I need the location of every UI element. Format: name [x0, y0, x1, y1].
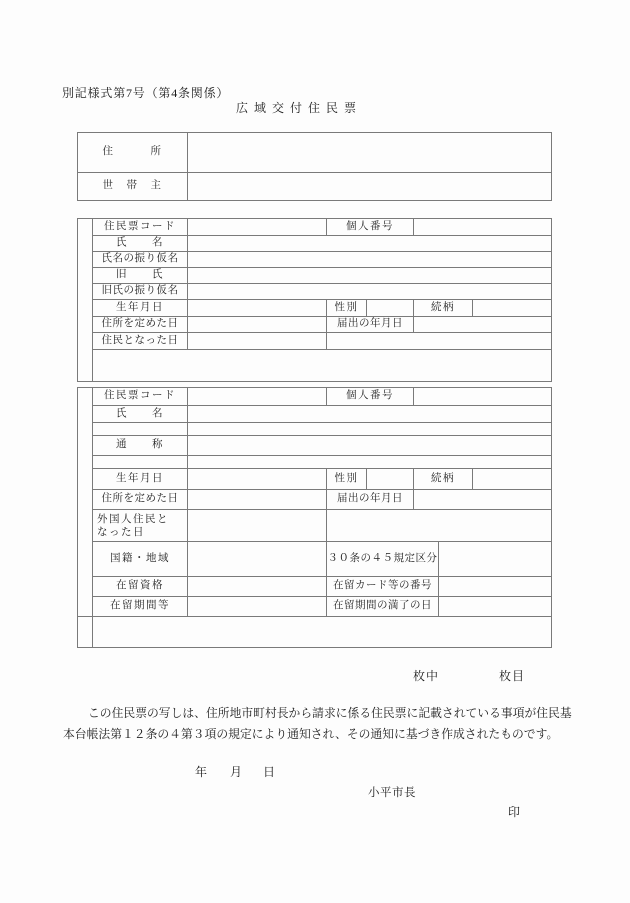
- table-row: 住民となった日: [78, 333, 552, 350]
- resident-section-2: 住民票コード 個人番号 氏 名 通 称 生年月日 性別 続柄: [77, 387, 552, 648]
- s2-relationship-label: 続柄: [414, 469, 473, 490]
- date-day-label: 日: [263, 765, 275, 779]
- s1-personal-number-value: [414, 219, 552, 236]
- table-row: 住民票コード 個人番号: [78, 219, 552, 236]
- s1-sex-value: [367, 300, 414, 317]
- s2-margin-cell: [78, 388, 93, 617]
- address-value-cell: [188, 133, 552, 173]
- address-table: 住 所 世 帯 主: [77, 132, 552, 201]
- page-title: 広域交付住民票: [236, 99, 362, 116]
- s1-name-furigana-value: [188, 252, 552, 268]
- s2-residence-card-number-value: [439, 577, 552, 597]
- table-row: 世 帯 主: [78, 173, 552, 201]
- s1-resident-date-label: 住民となった日: [93, 333, 188, 350]
- table-row: 在留資格 在留カード等の番号: [78, 577, 552, 597]
- s2-foreign-resident-date-value: [188, 510, 327, 542]
- s2-notification-date-label: 届出の年月日: [327, 490, 414, 510]
- resident-section-1: 住民票コード 個人番号 氏 名 氏名の振り仮名 旧 氏 旧氏の振り仮名 生年月日…: [77, 218, 552, 382]
- s1-remarks-cell: [93, 350, 552, 382]
- s1-name-label: 氏 名: [93, 236, 188, 252]
- sheet-counter: 枚中 枚目: [413, 667, 525, 684]
- notice-text-line2: 本台帳法第１２条の４第３項の規定により通知され、その通知に基づき作成されたもので…: [63, 725, 558, 742]
- s2-relationship-value: [473, 469, 552, 490]
- seal-mark: 印: [508, 803, 520, 820]
- date-month-label: 月: [230, 765, 242, 779]
- s1-name-furigana-label: 氏名の振り仮名: [93, 252, 188, 268]
- s2-remarks-cell: [93, 617, 552, 648]
- table-row: 住 所: [78, 133, 552, 173]
- form-number: 別記様式第7号（第4条関係）: [62, 84, 229, 101]
- s2-empty-cell: [327, 510, 552, 542]
- s1-notification-date-value: [414, 317, 552, 333]
- s1-resident-code-value: [188, 219, 327, 236]
- s2-foreign-resident-date-label-line2: なった日: [97, 526, 187, 539]
- table-row: 在留期間等 在留期間の満了の日: [78, 597, 552, 617]
- s2-name-value: [188, 406, 552, 423]
- date-year-label: 年: [195, 765, 207, 779]
- s2-residence-period-label: 在留期間等: [93, 597, 188, 617]
- s2-residence-expiry-label: 在留期間の満了の日: [327, 597, 439, 617]
- householder-label-cell: 世 帯 主: [78, 173, 188, 201]
- s1-name-value: [188, 236, 552, 252]
- s2-personal-number-label: 個人番号: [327, 388, 414, 406]
- s2-foreign-resident-date-label: 外国人住民と なった日: [93, 510, 188, 542]
- s1-birth-date-label: 生年月日: [93, 300, 188, 317]
- s2-article3045-value: [439, 542, 552, 577]
- table-row: [78, 423, 552, 436]
- s2-residence-period-value: [188, 597, 327, 617]
- s2-alias-furigana-label: [93, 456, 188, 469]
- s1-former-name-label: 旧 氏: [93, 268, 188, 284]
- table-row: 外国人住民と なった日: [78, 510, 552, 542]
- householder-value-cell: [188, 173, 552, 201]
- table-row: [78, 350, 552, 382]
- s1-relationship-value: [473, 300, 552, 317]
- s1-personal-number-label: 個人番号: [327, 219, 414, 236]
- s1-margin-cell: [78, 219, 93, 382]
- issue-date-line: 年 月 日: [195, 763, 275, 780]
- s2-residence-card-number-label: 在留カード等の番号: [327, 577, 439, 597]
- s2-birth-date-value: [188, 469, 327, 490]
- address-label-cell: 住 所: [78, 133, 188, 173]
- s2-alias-label: 通 称: [93, 436, 188, 456]
- s1-birth-date-value: [188, 300, 327, 317]
- table-row: 住所を定めた日 届出の年月日: [78, 490, 552, 510]
- s1-former-name-furigana-value: [188, 284, 552, 300]
- s1-former-name-furigana-label: 旧氏の振り仮名: [93, 284, 188, 300]
- table-row: 氏 名: [78, 406, 552, 423]
- table-row: [78, 617, 552, 648]
- table-row: 国籍・地域 ３０条の４５規定区分: [78, 542, 552, 577]
- s2-residence-status-value: [188, 577, 327, 597]
- table-row: 住所を定めた日 届出の年月日: [78, 317, 552, 333]
- table-row: [78, 456, 552, 469]
- mayor-signature: 小平市長: [368, 784, 416, 800]
- table-row: 通 称: [78, 436, 552, 456]
- table-row: 住民票コード 個人番号: [78, 388, 552, 406]
- s1-notification-date-label: 届出の年月日: [327, 317, 414, 333]
- s2-margin-bottom-cell: [78, 617, 93, 648]
- s2-notification-date-value: [414, 490, 552, 510]
- s2-residence-expiry-value: [439, 597, 552, 617]
- s1-former-name-value: [188, 268, 552, 284]
- s1-resident-date-value: [188, 333, 327, 350]
- s1-relationship-label: 続柄: [414, 300, 473, 317]
- table-row: 生年月日 性別 続柄: [78, 300, 552, 317]
- sheets-total-suffix: 枚中: [413, 669, 439, 683]
- table-row: 氏 名: [78, 236, 552, 252]
- s2-name-furigana-label: [93, 423, 188, 436]
- s1-sex-label: 性別: [327, 300, 367, 317]
- form-page: 別記様式第7号（第4条関係） 広域交付住民票 住 所 世 帯 主 住民票コード …: [0, 0, 630, 903]
- table-row: 旧氏の振り仮名: [78, 284, 552, 300]
- s2-birth-date-label: 生年月日: [93, 469, 188, 490]
- s2-alias-furigana-value: [188, 456, 552, 469]
- s1-resident-code-label: 住民票コード: [93, 219, 188, 236]
- table-row: 氏名の振り仮名: [78, 252, 552, 268]
- s2-sex-value: [367, 469, 414, 490]
- s2-name-label: 氏 名: [93, 406, 188, 423]
- table-row: 生年月日 性別 続柄: [78, 469, 552, 490]
- s2-article3045-label: ３０条の４５規定区分: [327, 542, 439, 577]
- s2-address-set-date-value: [188, 490, 327, 510]
- s2-name-furigana-value: [188, 423, 552, 436]
- s2-residence-status-label: 在留資格: [93, 577, 188, 597]
- s2-resident-code-value: [188, 388, 327, 406]
- s2-resident-code-label: 住民票コード: [93, 388, 188, 406]
- s1-address-set-date-value: [188, 317, 327, 333]
- s2-sex-label: 性別: [327, 469, 367, 490]
- notice-text-line1: この住民票の写しは、住所地市町村長から請求に係る住民票に記載されている事項が住民…: [88, 704, 572, 721]
- s2-nationality-value: [188, 542, 327, 577]
- s2-nationality-label: 国籍・地域: [93, 542, 188, 577]
- s1-empty-cell: [327, 333, 552, 350]
- s2-alias-value: [188, 436, 552, 456]
- sheet-number-suffix: 枚目: [499, 669, 525, 683]
- table-row: 旧 氏: [78, 268, 552, 284]
- s1-address-set-date-label: 住所を定めた日: [93, 317, 188, 333]
- s2-address-set-date-label: 住所を定めた日: [93, 490, 188, 510]
- s2-foreign-resident-date-label-line1: 外国人住民と: [97, 513, 187, 526]
- s2-personal-number-value: [414, 388, 552, 406]
